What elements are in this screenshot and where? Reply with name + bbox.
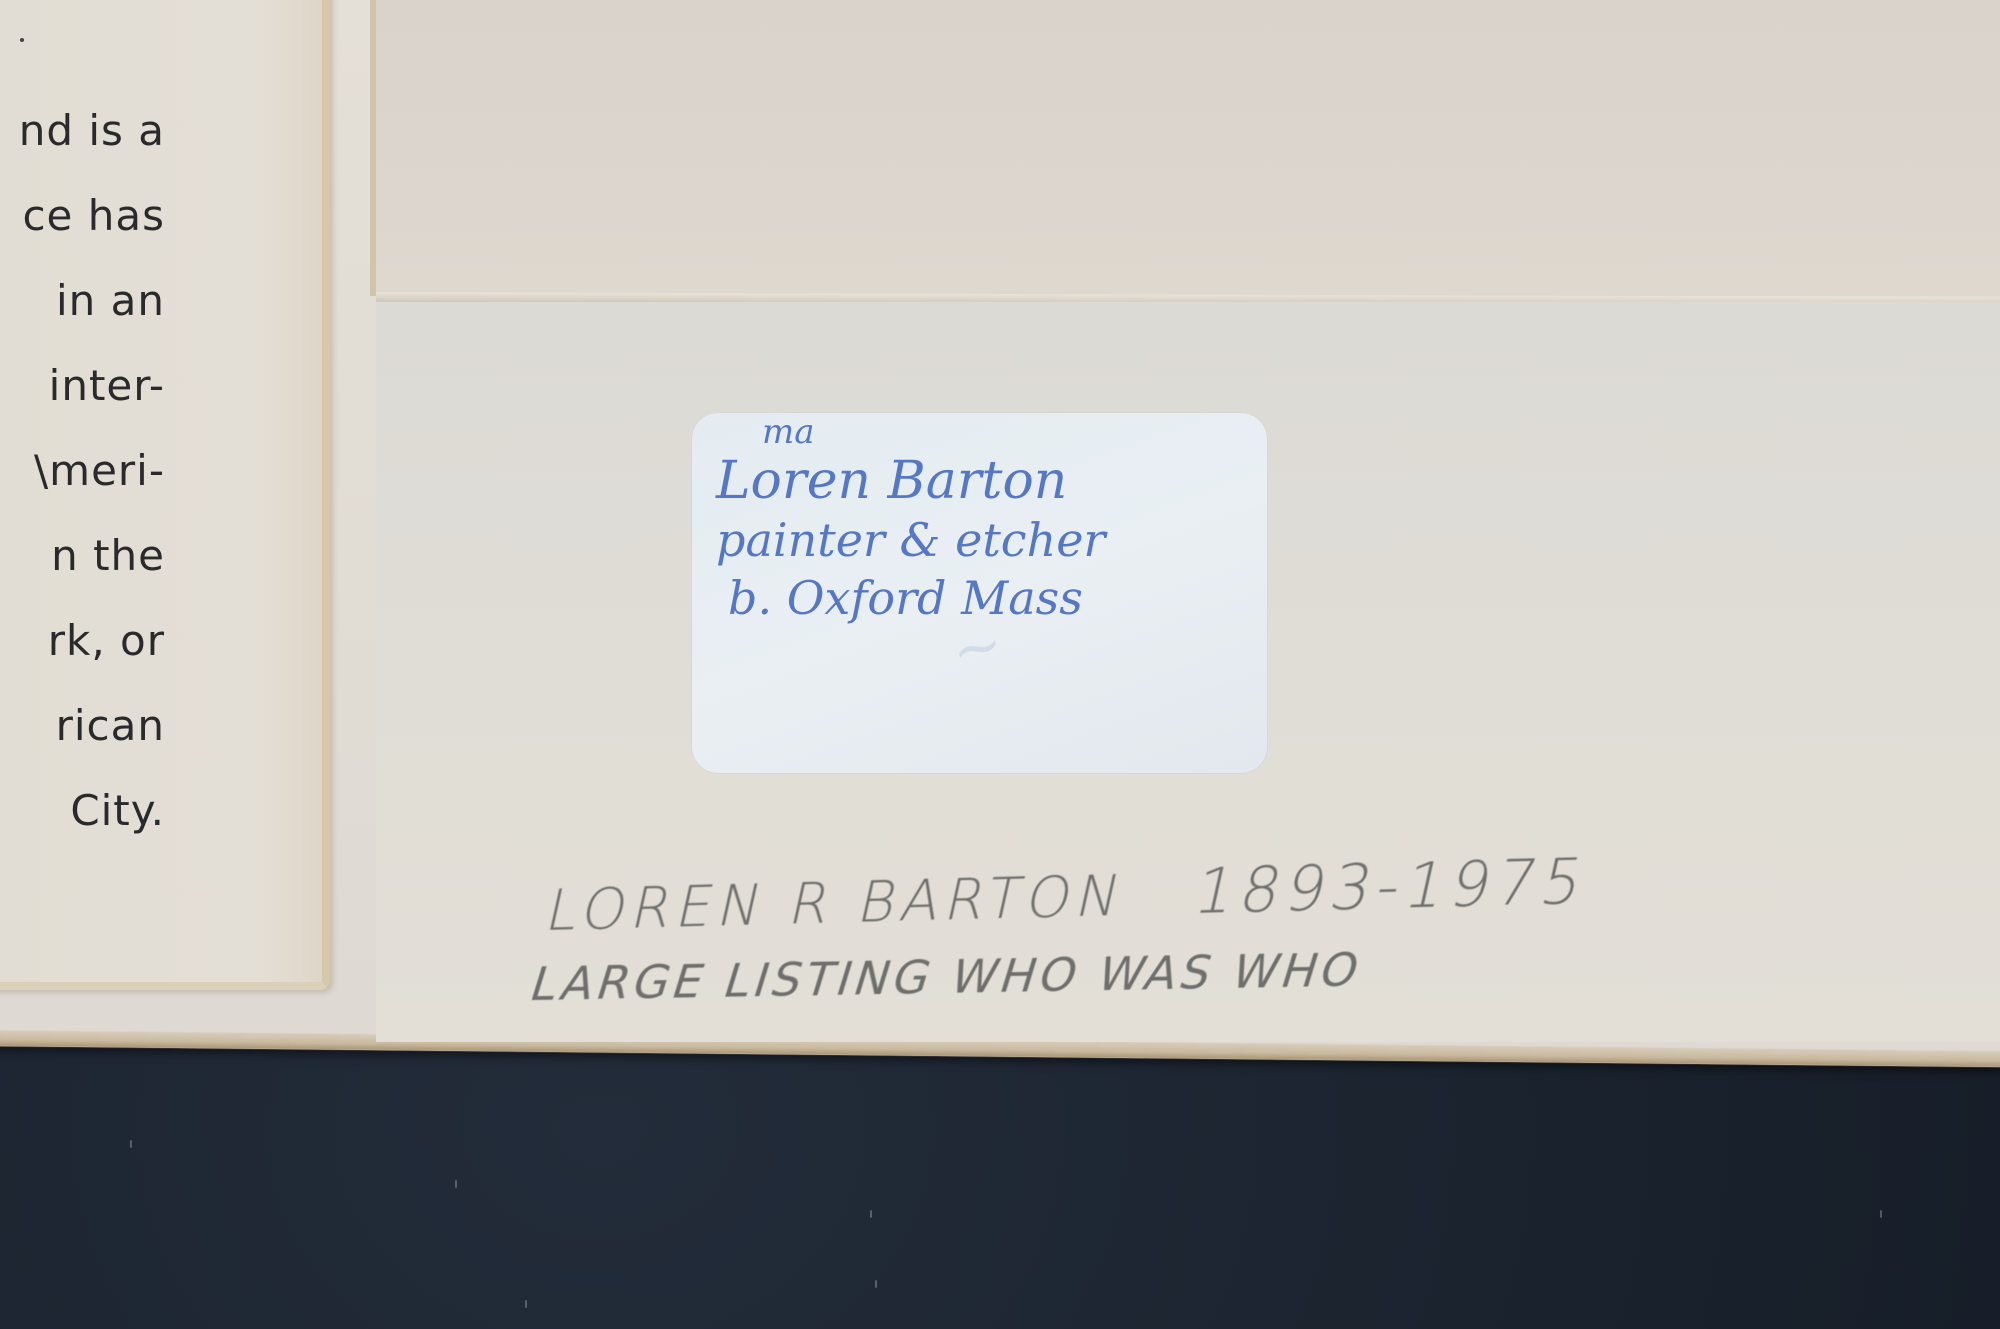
- sticker-line-ma: ma: [762, 415, 1105, 455]
- booklet-line: inter-: [0, 343, 165, 428]
- sticker-handwriting: ma Loren Barton painter & etcher b. Oxfo…: [716, 415, 1105, 635]
- booklet-text: nd is a ce has in an inter- \meri- n the…: [0, 88, 165, 853]
- sticker-line-birthplace: b. Oxford Mass: [728, 575, 1105, 635]
- booklet-line: \meri-: [0, 428, 165, 513]
- upper-mat-panel: [370, 0, 2000, 296]
- booklet-page: nd is a ce has in an inter- \meri- n the…: [0, 0, 330, 990]
- fabric-speck: [455, 1180, 457, 1188]
- fabric-speck: [525, 1300, 527, 1308]
- sticker-line-role: painter & etcher: [716, 517, 1105, 575]
- booklet-line: rk, or: [0, 598, 165, 683]
- booklet-line: rican: [0, 683, 165, 768]
- booklet-line: City.: [0, 768, 165, 853]
- booklet-line: nd is a: [0, 88, 165, 173]
- fabric-speck: [870, 1210, 872, 1218]
- booklet-line: in an: [0, 258, 165, 343]
- fabric-speck: [130, 1140, 132, 1148]
- fabric-speck: [875, 1280, 877, 1288]
- sticker-line-name: Loren Barton: [716, 455, 1105, 517]
- handwritten-sticker-label: ma Loren Barton painter & etcher b. Oxfo…: [692, 413, 1267, 773]
- booklet-line: n the: [0, 513, 165, 598]
- pencil-artist-years: 1893-1975: [1188, 844, 1596, 928]
- booklet-line: ce has: [0, 173, 165, 258]
- fabric-speck: [1880, 1210, 1882, 1218]
- photo-scene: nd is a ce has in an inter- \meri- n the…: [0, 0, 2000, 1329]
- ink-dot: [20, 38, 24, 42]
